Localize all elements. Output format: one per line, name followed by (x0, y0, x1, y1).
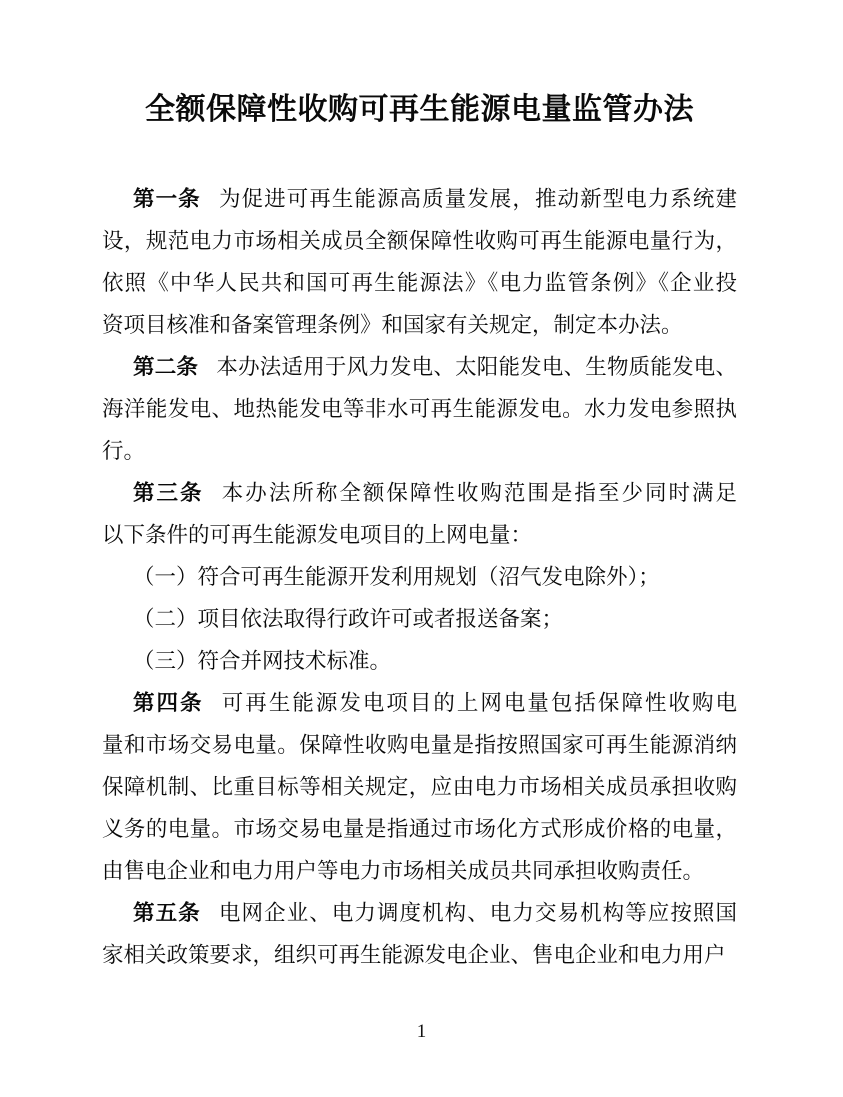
article-paragraph-4: 第四条可再生能源发电项目的上网电量包括保障性收购电 量和市场交易电量。保障性收购… (102, 682, 737, 892)
text-line: （二）项目依法取得行政许可或者报送备案； (102, 598, 737, 640)
article-number: 第一条 (133, 187, 201, 211)
text-line: 海洋能发电、地热能发电等非水可再生能源发电。水力发电参照执 (102, 388, 737, 430)
text-line: 量和市场交易电量。保障性收购电量是指按照国家可再生能源消纳 (102, 724, 737, 766)
article-text: 本办法适用于风力发电、太阳能发电、生物质能发电、 (216, 355, 737, 379)
list-item-2: （二）项目依法取得行政许可或者报送备案； (102, 598, 737, 640)
article-text: 可再生能源发电项目的上网电量包括保障性收购电 (222, 691, 737, 715)
text-line: 设，规范电力市场相关成员全额保障性收购可再生能源电量行为， (102, 220, 737, 262)
document-body: 第一条为促进可再生能源高质量发展，推动新型电力系统建 设，规范电力市场相关成员全… (102, 178, 737, 976)
list-item-3: （三）符合并网技术标准。 (102, 640, 737, 682)
text-line: 第五条电网企业、电力调度机构、电力交易机构等应按照国 (102, 892, 737, 934)
article-number: 第五条 (133, 901, 201, 925)
article-paragraph-1: 第一条为促进可再生能源高质量发展，推动新型电力系统建 设，规范电力市场相关成员全… (102, 178, 737, 346)
text-line: 依照《中华人民共和国可再生能源法》《电力监管条例》《企业投 (102, 262, 737, 304)
article-text: 为促进可再生能源高质量发展，推动新型电力系统建 (219, 187, 737, 211)
article-paragraph-5: 第五条电网企业、电力调度机构、电力交易机构等应按照国 家相关政策要求，组织可再生… (102, 892, 737, 976)
text-line: 资项目核准和备案管理条例》和国家有关规定，制定本办法。 (102, 304, 737, 346)
article-paragraph-2: 第二条本办法适用于风力发电、太阳能发电、生物质能发电、 海洋能发电、地热能发电等… (102, 346, 737, 472)
article-number: 第三条 (133, 481, 204, 505)
text-line: 由售电企业和电力用户等电力市场相关成员共同承担收购责任。 (102, 850, 737, 892)
text-line: 第二条本办法适用于风力发电、太阳能发电、生物质能发电、 (102, 346, 737, 388)
text-line: 第一条为促进可再生能源高质量发展，推动新型电力系统建 (102, 178, 737, 220)
text-line: 第三条本办法所称全额保障性收购范围是指至少同时满足 (102, 472, 737, 514)
article-text: 电网企业、电力调度机构、电力交易机构等应按照国 (219, 901, 737, 925)
text-line: 以下条件的可再生能源发电项目的上网电量： (102, 514, 737, 556)
text-line: （三）符合并网技术标准。 (102, 640, 737, 682)
page-number: 1 (417, 1021, 427, 1042)
article-number: 第四条 (133, 691, 204, 715)
document-title: 全额保障性收购可再生能源电量监管办法 (102, 89, 737, 131)
article-number: 第二条 (133, 355, 198, 379)
page-footer: 1 (0, 1020, 843, 1044)
text-line: 义务的电量。市场交易电量是指通过市场化方式形成价格的电量， (102, 808, 737, 850)
text-line: 行。 (102, 430, 737, 472)
list-item-1: （一）符合可再生能源开发利用规划（沼气发电除外）； (102, 556, 737, 598)
document-page: 全额保障性收购可再生能源电量监管办法 第一条为促进可再生能源高质量发展，推动新型… (0, 0, 843, 1097)
article-paragraph-3: 第三条本办法所称全额保障性收购范围是指至少同时满足 以下条件的可再生能源发电项目… (102, 472, 737, 556)
text-line: 第四条可再生能源发电项目的上网电量包括保障性收购电 (102, 682, 737, 724)
article-text: 本办法所称全额保障性收购范围是指至少同时满足 (222, 481, 737, 505)
text-line: 家相关政策要求，组织可再生能源发电企业、售电企业和电力用户 (102, 934, 737, 976)
text-line: （一）符合可再生能源开发利用规划（沼气发电除外）； (102, 556, 737, 598)
text-line: 保障机制、比重目标等相关规定，应由电力市场相关成员承担收购 (102, 766, 737, 808)
